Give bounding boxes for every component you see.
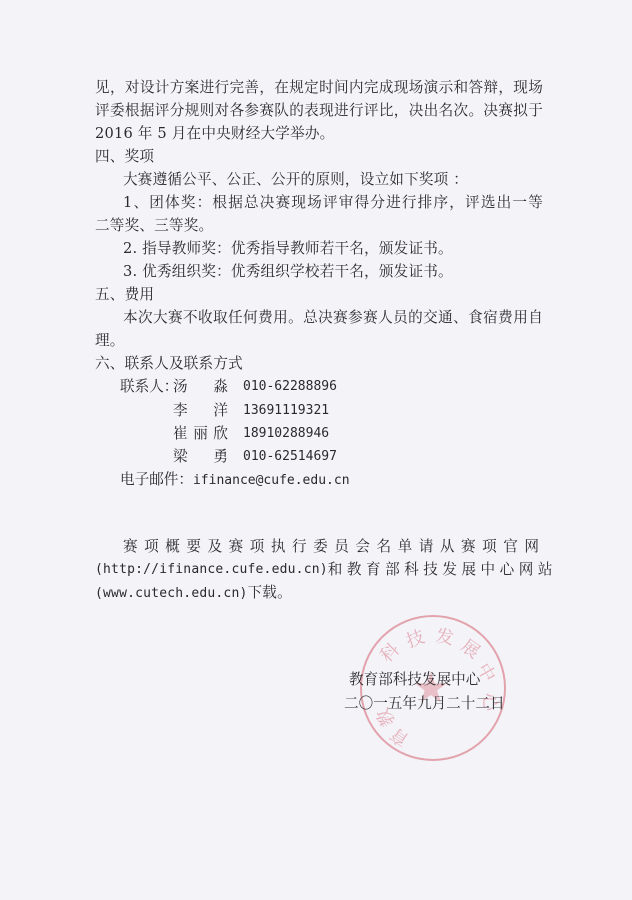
seal-char: 技 bbox=[402, 623, 428, 654]
award-organization: 3. 优秀组织奖：优秀组织学校若干名，颁发证书。 bbox=[123, 262, 571, 282]
official-site-url: (http://ifinance.cufe.edu.cn) bbox=[95, 560, 328, 580]
section-fees-heading: 五、费用 bbox=[95, 285, 543, 305]
award-advisor: 2. 指导教师奖：优秀指导教师若干名，颁发证书。 bbox=[123, 239, 571, 259]
download-note-text: 和教育部科技发展中心网站 bbox=[328, 560, 557, 580]
body-line-1: 见，对设计方案进行完善，在规定时间内完成现场演示和答辩，现场 bbox=[95, 78, 543, 98]
seal-char: 展 bbox=[456, 632, 486, 664]
contact-phone: 010-62514697 bbox=[243, 447, 337, 467]
contact-phone: 13691119321 bbox=[243, 401, 329, 421]
section-awards-heading: 四、奖项 bbox=[95, 147, 543, 167]
fees-line-2: 理。 bbox=[95, 331, 543, 351]
awards-intro: 大赛遵循公平、公正、公开的原则，设立如下奖项 ： bbox=[123, 170, 571, 190]
download-note-line-1: 赛项概要及赛项执行委员会名单请从赛项官网 bbox=[123, 537, 543, 557]
body-line-2: 评委根据评分规则对各参赛队的表现进行评比，决出名次。决赛拟于 bbox=[95, 101, 543, 121]
contact-name: 崔丽欣 bbox=[173, 424, 228, 444]
email-label: 电子邮件： bbox=[120, 471, 193, 488]
award-team-line-1: 1、团体奖：根据总决赛现场评审得分进行排序，评选出一等奖、 bbox=[123, 193, 543, 213]
fees-line-1: 本次大赛不收取任何费用。总决赛参赛人员的交通、食宿费用自 bbox=[123, 308, 543, 328]
document-page: 见，对设计方案进行完善，在规定时间内完成现场演示和答辩，现场 评委根据评分规则对… bbox=[0, 0, 632, 900]
seal-char: 科 bbox=[373, 636, 404, 667]
download-note-end: 下载。 bbox=[248, 584, 292, 601]
body-line-3: 2016 年 5 月在中央财经大学举办。 bbox=[95, 124, 543, 144]
email-address: ifinance@cufe.edu.cn bbox=[193, 473, 350, 488]
issue-date: 二〇一五年九月二十二日 bbox=[344, 694, 505, 714]
contact-label: 联系人： bbox=[120, 377, 178, 397]
award-team-line-2: 二等奖、三等奖。 bbox=[95, 216, 543, 236]
contact-name: 梁 勇 bbox=[173, 447, 228, 467]
download-note-line-3: (www.cutech.edu.cn)下载。 bbox=[95, 583, 543, 604]
contact-name: 李 洋 bbox=[173, 401, 228, 421]
contact-name: 汤 淼 bbox=[173, 377, 228, 397]
contact-phone: 18910288946 bbox=[243, 424, 329, 444]
contact-phone: 010-62288896 bbox=[243, 377, 337, 397]
seal-char: 发 bbox=[434, 622, 456, 651]
cutech-site-url: (www.cutech.edu.cn) bbox=[95, 586, 248, 601]
email-row: 电子邮件：ifinance@cufe.edu.cn bbox=[120, 470, 350, 491]
issuing-organization: 教育部科技发展中心 bbox=[349, 670, 480, 690]
download-note-line-2: (http://ifinance.cufe.edu.cn) 和教育部科技发展中心… bbox=[95, 560, 543, 580]
section-contacts-heading: 六、联系人及联系方式 bbox=[95, 354, 543, 374]
seal-char: 育 bbox=[384, 722, 414, 754]
